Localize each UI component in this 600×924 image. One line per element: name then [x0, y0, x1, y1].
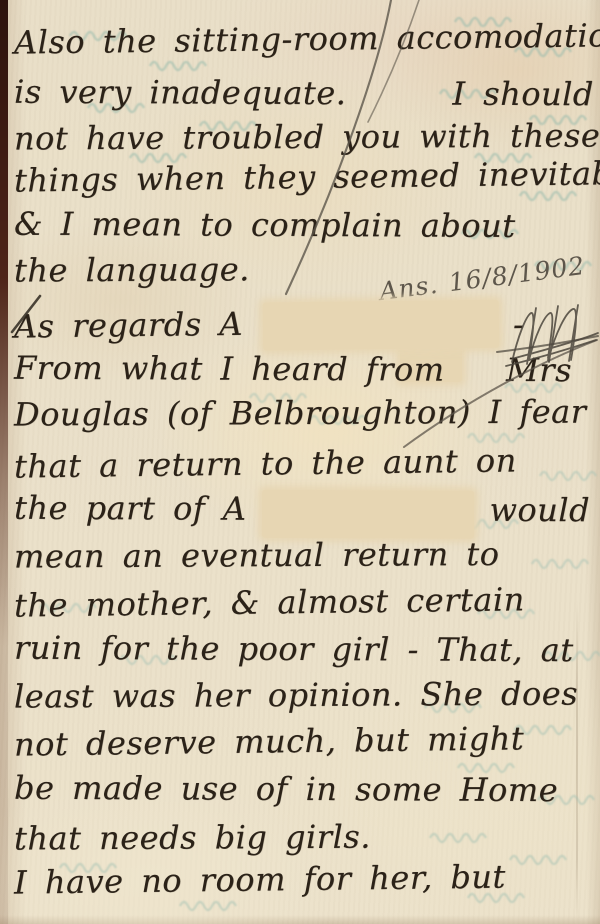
letter-line: Also the sitting-room accomodation	[14, 18, 600, 60]
letter-line: least was her opinion. She does	[14, 676, 600, 714]
line-text-would: would	[489, 493, 590, 529]
letter-line: not have troubled you with these	[14, 118, 600, 156]
letter-line: that needs big girls.	[14, 818, 600, 856]
letter-line-language-and-date: the language. Ans. 16/8/1902	[14, 250, 600, 288]
struck-word-mrs: Mrs	[506, 353, 572, 388]
redaction-patch-1	[263, 300, 500, 351]
letter-line: not deserve much, but might	[14, 720, 600, 762]
letter-text: Also the sitting-room accomodation is ve…	[0, 0, 600, 924]
line-text: the part of A	[14, 491, 247, 527]
letter-line: is very inadequate. I should	[14, 75, 600, 113]
letter-line: mean an eventual return to	[14, 536, 600, 574]
letter-line: & I mean to complain about	[14, 207, 600, 245]
letter-line-from-what: From what I heard from Mrs	[14, 351, 600, 389]
dash-after-redaction: -	[513, 307, 525, 342]
redaction-patch-2	[262, 490, 474, 539]
line-text: the language.	[14, 252, 250, 288]
letter-line: ruin for the poor girl - That, at	[14, 631, 600, 669]
letter-line: things when they seemed inevitable	[14, 156, 600, 198]
letter-line: the mother, & almost certain	[14, 581, 600, 623]
letter-line: that a return to the aunt on	[14, 442, 600, 484]
line-text: As regards A	[14, 307, 243, 345]
letter-line: Douglas (of Belbroughton) I fear	[14, 394, 600, 432]
letter-line-part-of-a: the part of A would	[14, 491, 600, 542]
letter-line: I have no room for her, but	[14, 858, 600, 900]
line-text: From what I heard from	[14, 351, 462, 388]
answered-date-annotation: Ans. 16/8/1902	[378, 252, 587, 306]
letter-line: be made use of in some Home	[14, 771, 600, 809]
